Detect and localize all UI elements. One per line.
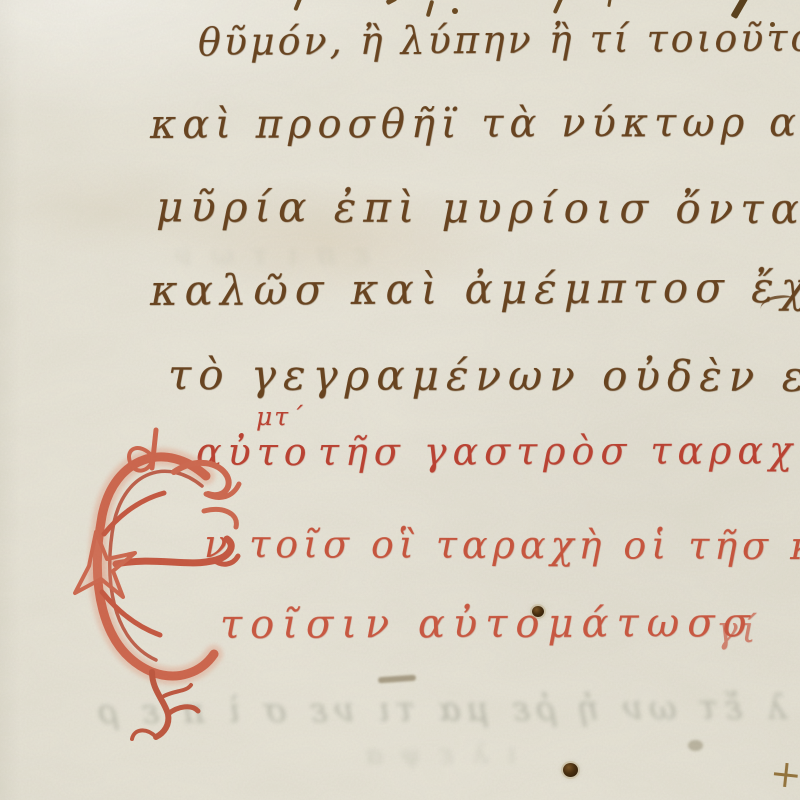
ink-stroke-remnant <box>293 0 302 11</box>
manuscript-page: ε π ι τ ω ν ὴ λ ἔτ ων ἡ ῥε μα τι νε σ ὶ … <box>0 0 800 800</box>
ink-stroke-remnant <box>553 0 564 14</box>
wormhole <box>532 606 544 617</box>
showthrough-text: ὴ λ ἔτ ων ἡ ῥε μα τι νε σ ὶ π ε ρ <box>0 687 800 733</box>
ink-dot <box>452 8 458 14</box>
showthrough-text: ι λ ε ψ α <box>360 739 517 770</box>
ink-stroke-remnant <box>607 0 612 7</box>
manuscript-line-2: καὶ προσθῆϊ τὰ νύκτωρ αὐτ <box>150 100 800 148</box>
manuscript-line-1: θῦμόν, ἢ λύπην ἢ τί τοιοῦτο <box>198 16 800 64</box>
ink-stroke-remnant <box>385 0 397 5</box>
manuscript-line-5: τὸ γεγραμένων οὐδὲν εὑρ <box>168 350 800 401</box>
manuscript-line-8-tail: γί <box>716 610 760 651</box>
manuscript-line-6-superscript: μτ΄ <box>256 402 305 431</box>
manuscript-line-6-rest: τῆσ γαστρὸσ ταραχὴ <box>318 428 800 474</box>
wormhole <box>563 763 578 777</box>
manuscript-line-7: ν τοῖσ οἳ ταραχὴ οἱ τῆσ κ <box>204 522 800 568</box>
manuscript-line-4: καλῶσ καὶ ἀμέμπτοσ ἔχων <box>150 262 800 315</box>
ink-smudge <box>378 675 416 684</box>
manuscript-line-6-word: αὐτο <box>196 430 313 474</box>
cross-mark: + <box>768 750 800 797</box>
manuscript-line-8: τοῖσιν αὐτομάτωσσ <box>220 600 758 648</box>
ink-stroke-remnant <box>426 0 435 17</box>
manuscript-line-3: μῦρία ἐπὶ μυρίοισ ὄντα <box>156 182 800 233</box>
ink-speck <box>688 740 703 751</box>
